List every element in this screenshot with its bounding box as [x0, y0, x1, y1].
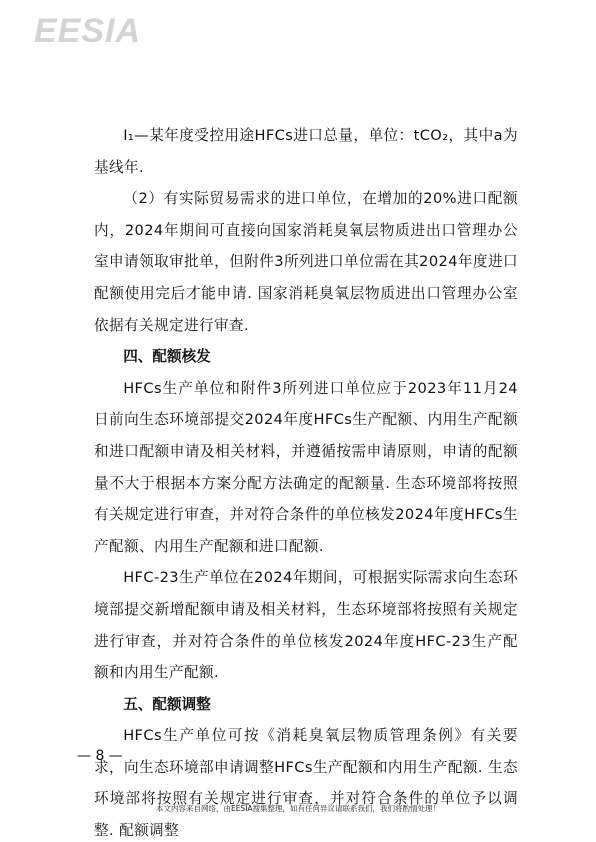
paragraph-hfcs-application: HFCs生产单位和附件3所列进口单位应于2023年11月24日前向生态环境部提交…	[94, 373, 518, 563]
eesia-logo: EESIA	[34, 12, 141, 51]
footer-disclaimer: 本文内容来自网络，由EESIA搜集整理，如有任何异议请联系我们，我们将酌情处理！	[0, 803, 596, 814]
section-heading-quota-adjustment: 五、配额调整	[94, 689, 518, 721]
page-number: — 8 —	[77, 748, 123, 764]
section-heading-quota-issuance: 四、配额核发	[94, 341, 518, 373]
paragraph-quota-adjustment: HFCs生产单位可按《消耗臭氧层物质管理条例》有关要求，向生态环境部申请调整HF…	[94, 720, 518, 842]
document-body: I₁—某年度受控用途HFCs进口总量，单位：tCO₂，其中a为基线年. （2）有…	[94, 120, 518, 842]
paragraph-hfc23-application: HFC-23生产单位在2024年期间，可根据实际需求向生态环境部提交新增配额申请…	[94, 562, 518, 688]
paragraph-formula-note: I₁—某年度受控用途HFCs进口总量，单位：tCO₂，其中a为基线年.	[94, 120, 518, 183]
paragraph-import-application: （2）有实际贸易需求的进口单位，在增加的20%进口配额内，2024年期间可直接向…	[94, 183, 518, 341]
